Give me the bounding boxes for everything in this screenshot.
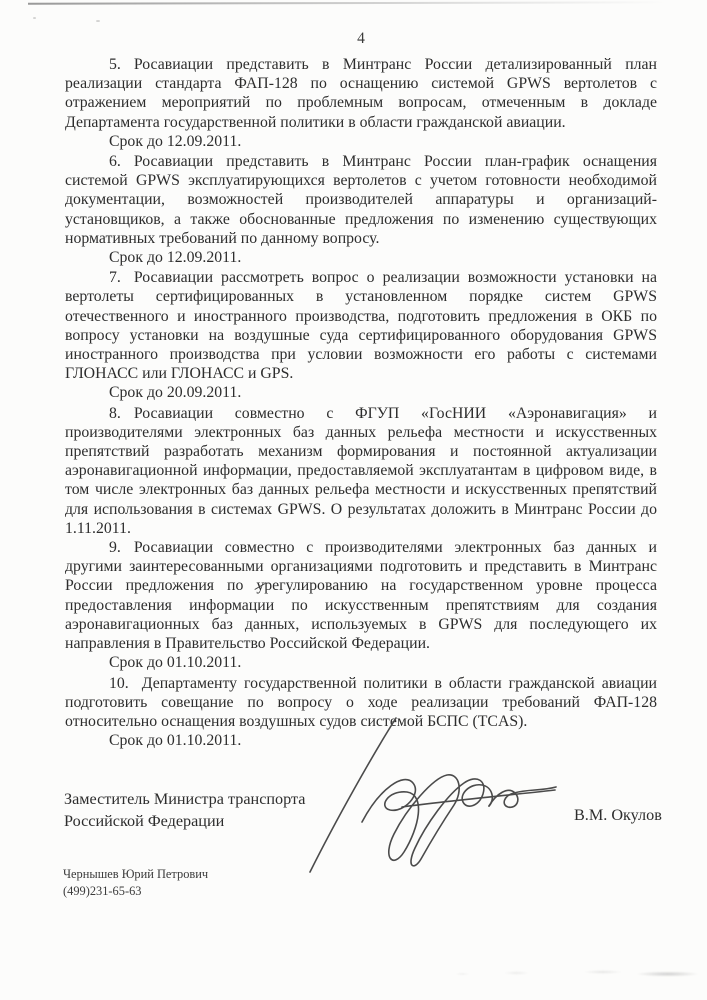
paragraph-item-9: 9.Росавиации совместно с производителями…	[65, 538, 657, 653]
item-text: Росавиации совместно с ФГУП «ГосНИИ «Аэр…	[65, 405, 657, 537]
item-text: Росавиации рассмотреть вопрос о реализац…	[65, 269, 657, 382]
signatory-position: Заместитель Министра транспорта Российск…	[64, 789, 305, 832]
document-body: 5.Росавиации представить в Минтранс Росс…	[65, 55, 657, 751]
deadline-line-7: Срок до 20.09.2011.	[65, 383, 657, 402]
document-page: 4 5.Росавиации представить в Минтранс Ро…	[0, 0, 707, 1000]
item-number: 7.	[109, 269, 121, 286]
handwritten-strikethrough: у	[256, 577, 264, 594]
paragraph-item-7: 7.Росавиации рассмотреть вопрос о реализ…	[65, 268, 657, 383]
item-text: Росавиации представить в Минтранс России…	[65, 56, 657, 131]
item-number: 8.	[109, 405, 121, 422]
deadline-line-6: Срок до 12.09.2011.	[65, 248, 657, 267]
signatory-position-line1: Заместитель Министра транспорта	[64, 789, 305, 811]
executor-contact: Чернышев Юрий Петрович (499)231-65-63	[63, 866, 208, 899]
page-number: 4	[65, 30, 657, 48]
scan-speck	[33, 17, 36, 19]
item-number: 10.	[109, 675, 129, 692]
item-number: 6.	[109, 153, 121, 170]
signatory-name: В.М. Окулов	[574, 806, 662, 825]
item-number: 5.	[109, 56, 121, 73]
deadline-line-9: Срок до 01.10.2011.	[65, 653, 657, 672]
scan-artifact-smudge	[430, 963, 700, 983]
scan-artifact-line	[28, 1, 700, 4]
paragraph-item-5: 5.Росавиации представить в Минтранс Росс…	[65, 55, 657, 132]
executor-phone: (499)231-65-63	[63, 883, 208, 900]
executor-name: Чернышев Юрий Петрович	[63, 866, 208, 883]
paragraph-item-6: 6.Росавиации представить в Минтранс Росс…	[65, 152, 657, 248]
signature-image	[286, 710, 566, 886]
item-text: Росавиации представить в Минтранс России…	[65, 153, 657, 247]
item-number: 9.	[109, 539, 121, 556]
scan-speck	[96, 20, 100, 22]
signatory-position-line2: Российской Федерации	[64, 811, 305, 833]
deadline-line-5: Срок до 12.09.2011.	[65, 132, 657, 151]
paragraph-item-8: 8.Росавиации совместно с ФГУП «ГосНИИ «А…	[65, 404, 657, 538]
